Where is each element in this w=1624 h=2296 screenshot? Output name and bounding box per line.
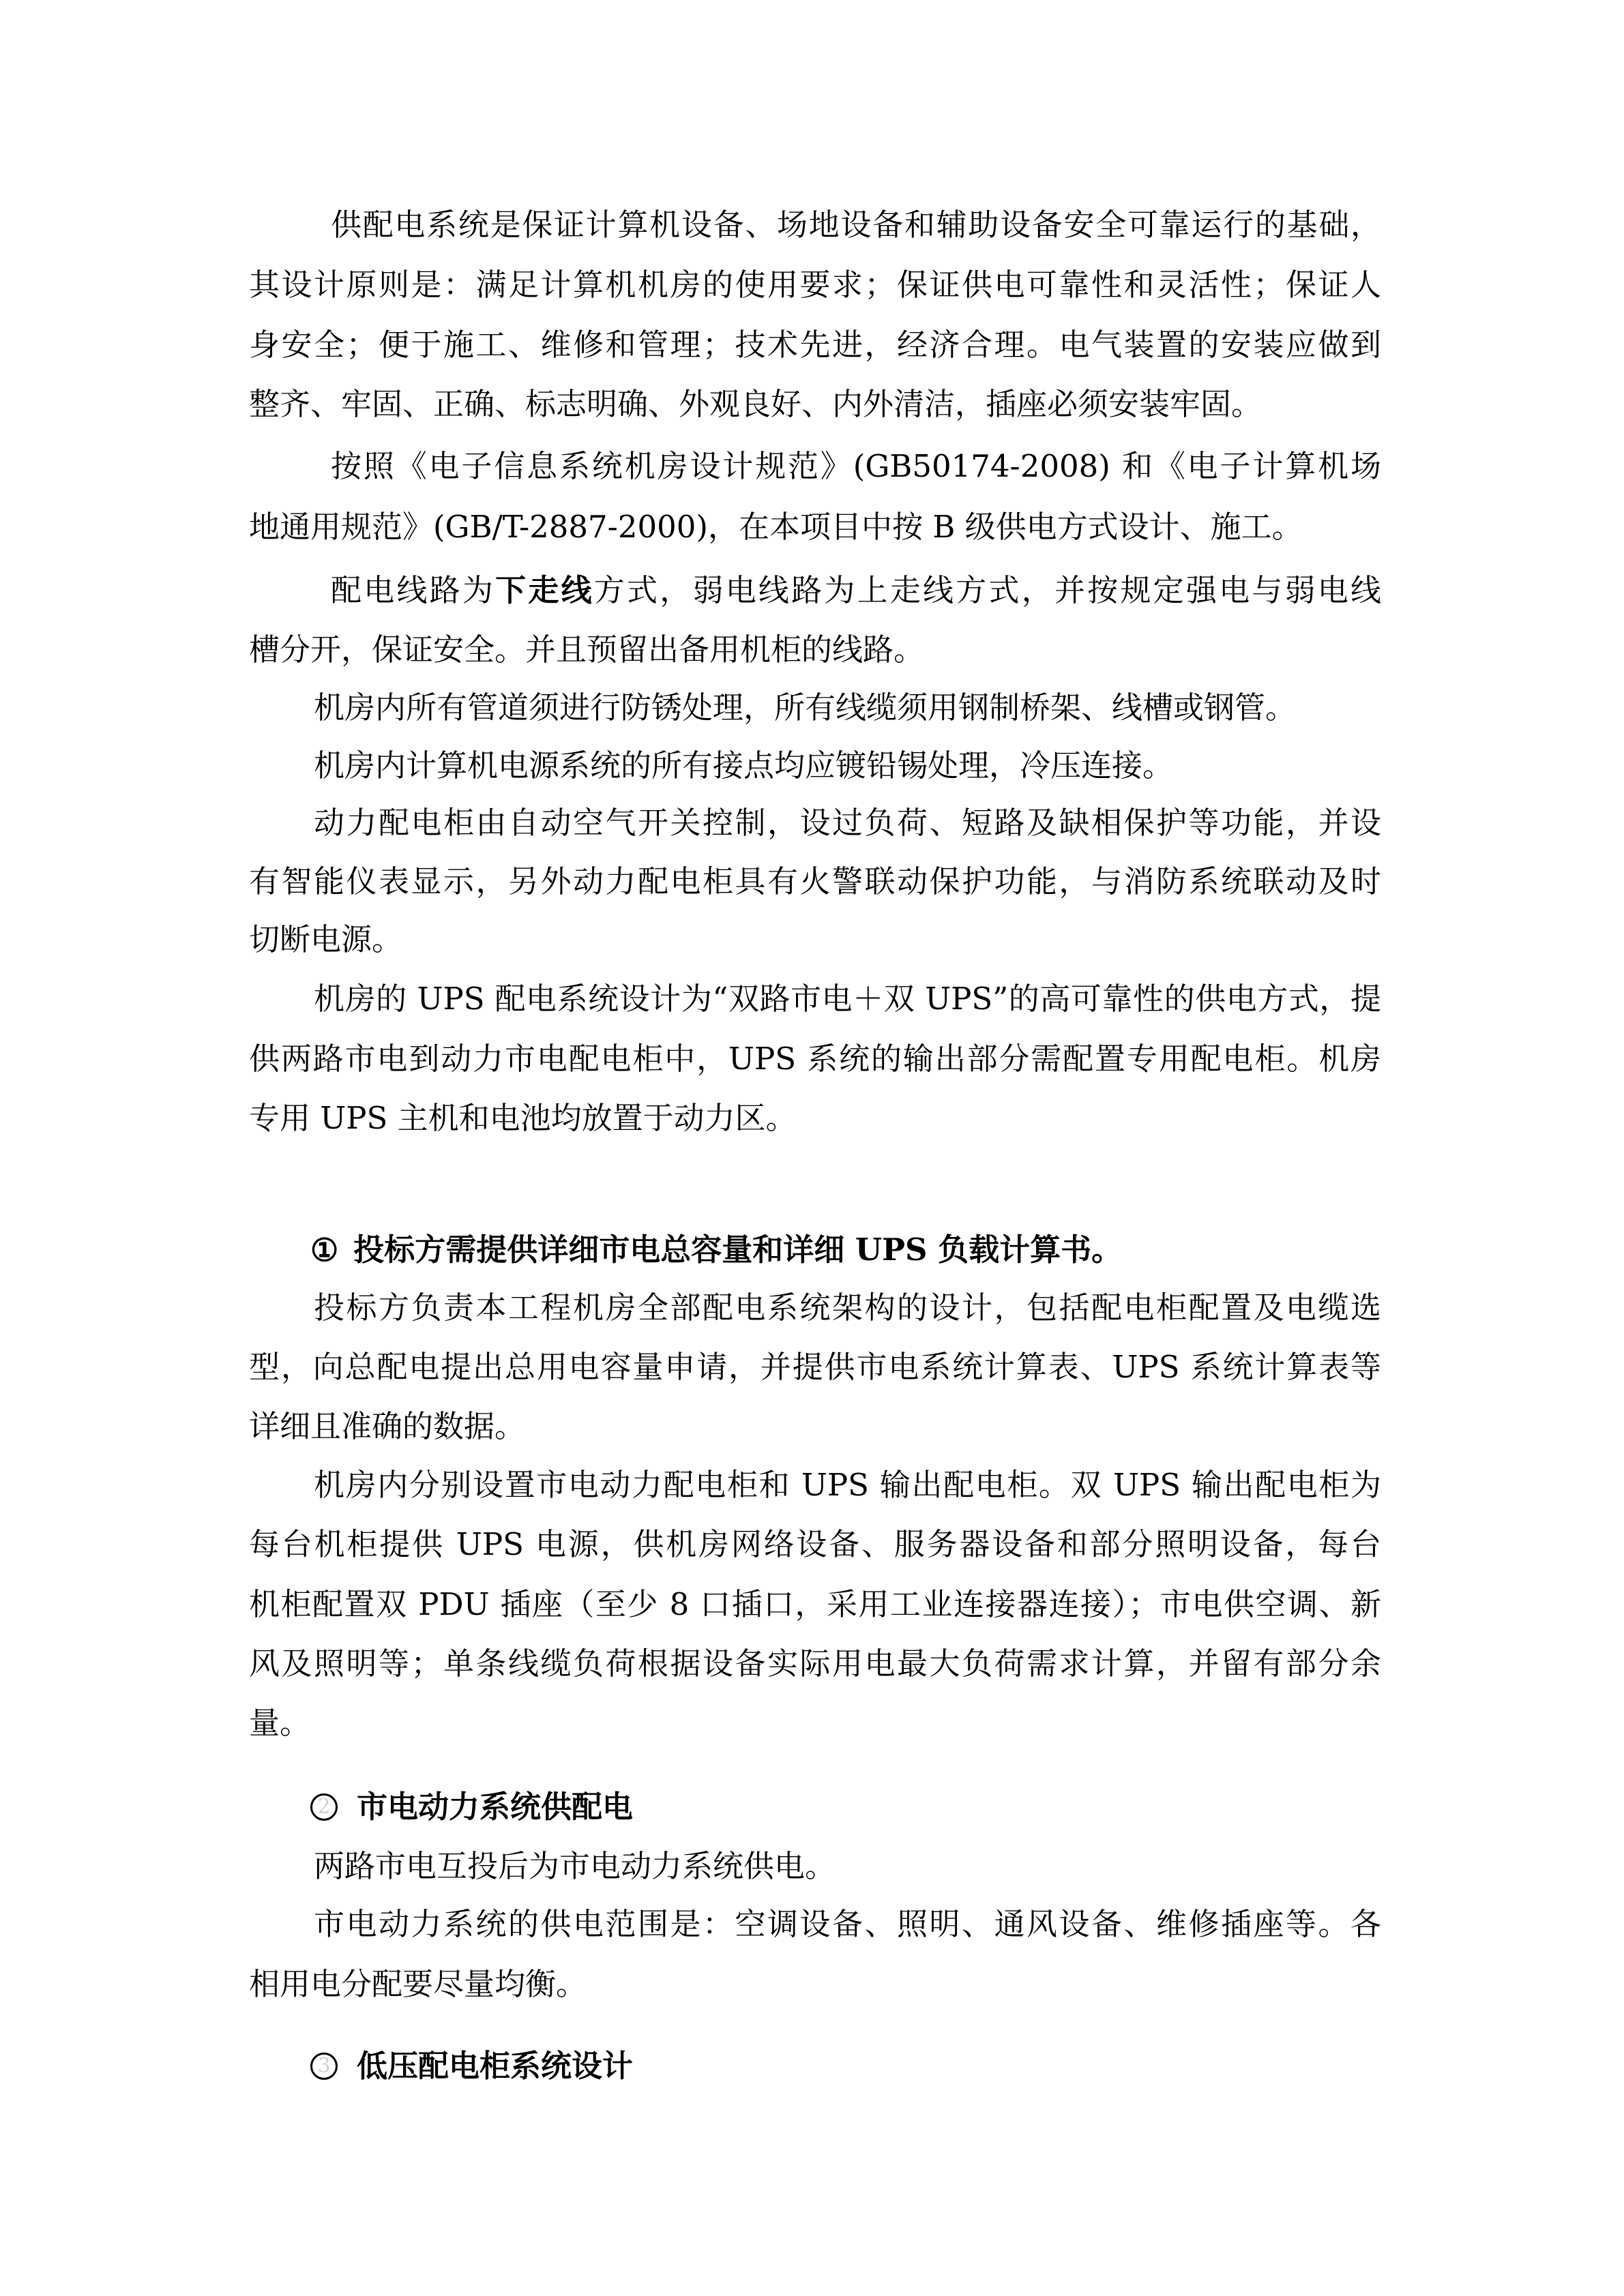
paragraph-9-line-2: 每台机柜提供 UPS 电源，供机房网络设备、服务器设备和部分照明设备，每台 bbox=[249, 1524, 1381, 1565]
document-page: 供配电系统是保证计算机设备、场地设备和辅助设备安全可靠运行的基础， 其设计原则是… bbox=[0, 0, 1624, 2296]
paragraph-3-text-post: 方式，弱电线路为上走线方式，并按规定强电与弱电线 bbox=[594, 572, 1381, 608]
paragraph-7-line-1: 机房的 UPS 配电系统设计为“双路市电＋双 UPS”的高可靠性的供电方式，提 bbox=[314, 979, 1381, 1019]
paragraph-6-line-1: 动力配电柜由自动空气开关控制，设过负荷、短路及缺相保护等功能，并设 bbox=[314, 803, 1381, 844]
paragraph-11-line-1: 市电动力系统的供电范围是：空调设备、照明、通风设备、维修插座等。各 bbox=[314, 1904, 1381, 1945]
section-heading-3: 3 低压配电柜系统设计 bbox=[310, 2046, 633, 2087]
paragraph-8-line-2: 型，向总配电提出总用电容量申请，并提供市电系统计算表、UPS 系统计算表等 bbox=[249, 1347, 1381, 1388]
section-heading-1: ① 投标方需提供详细市电总容量和详细 UPS 负载计算书。 bbox=[310, 1229, 1122, 1270]
paragraph-1-line-3: 身安全；便于施工、维修和管理；技术先进，经济合理。电气装置的安装应做到 bbox=[249, 325, 1381, 366]
circled-number-2-icon: 2 bbox=[310, 1793, 338, 1821]
paragraph-1-line-2: 其设计原则是：满足计算机机房的使用要求；保证供电可靠性和灵活性；保证人 bbox=[249, 265, 1381, 305]
paragraph-10-line-1: 两路市电互投后为市电动力系统供电。 bbox=[314, 1846, 1381, 1887]
paragraph-9-line-4: 风及照明等；单条线缆负荷根据设备实际用电最大负荷需求计算，并留有部分余 bbox=[249, 1643, 1381, 1684]
paragraph-9-line-5: 量。 bbox=[249, 1703, 1381, 1744]
paragraph-1-line-1: 供配电系统是保证计算机设备、场地设备和辅助设备安全可靠运行的基础， bbox=[331, 205, 1381, 245]
circled-number-3-icon: 3 bbox=[310, 2053, 338, 2080]
section-heading-3-text: 低压配电柜系统设计 bbox=[357, 2046, 633, 2087]
paragraph-3-text-pre: 配电线路为 bbox=[331, 572, 495, 608]
paragraph-6-line-3: 切断电源。 bbox=[249, 919, 1381, 960]
paragraph-9-line-1: 机房内分别设置市电动力配电柜和 UPS 输出配电柜。双 UPS 输出配电柜为 bbox=[314, 1465, 1381, 1506]
section-heading-1-text: 投标方需提供详细市电总容量和详细 UPS 负载计算书。 bbox=[353, 1229, 1122, 1270]
section-heading-2-text: 市电动力系统供配电 bbox=[357, 1787, 633, 1828]
paragraph-3-bold-keyword: 下走线 bbox=[495, 572, 594, 608]
paragraph-8-line-3: 详细且准确的数据。 bbox=[249, 1406, 1381, 1447]
paragraph-6-line-2: 有智能仪表显示，另外动力配电柜具有火警联动保护功能，与消防系统联动及时 bbox=[249, 861, 1381, 902]
paragraph-1-line-4: 整齐、牢固、正确、标志明确、外观良好、内外清洁，插座必须安装牢固。 bbox=[249, 384, 1381, 425]
paragraph-2-line-1: 按照《电子信息系统机房设计规范》(GB50174-2008) 和《电子计算机场 bbox=[331, 446, 1381, 487]
paragraph-3-line-1: 配电线路为下走线方式，弱电线路为上走线方式，并按规定强电与弱电线 bbox=[331, 570, 1381, 611]
paragraph-5-line-1: 机房内计算机电源系统的所有接点均应镀铅锡处理，冷压连接。 bbox=[314, 745, 1381, 786]
paragraph-7-line-2: 供两路市电到动力市电配电柜中，UPS 系统的输出部分需配置专用配电柜。机房 bbox=[249, 1039, 1381, 1079]
paragraph-2-line-2: 地通用规范》(GB/T-2887-2000)，在本项目中按 B 级供电方式设计、… bbox=[249, 507, 1381, 548]
section-heading-2: 2 市电动力系统供配电 bbox=[310, 1787, 633, 1828]
paragraph-4-line-1: 机房内所有管道须进行防锈处理，所有线缆须用钢制桥架、线槽或钢管。 bbox=[314, 687, 1381, 728]
paragraph-8-line-1: 投标方负责本工程机房全部配电系统架构的设计，包括配电柜配置及电缆选 bbox=[314, 1287, 1381, 1328]
circled-number-1-icon: ① bbox=[310, 1236, 338, 1264]
paragraph-11-line-2: 相用电分配要尽量均衡。 bbox=[249, 1964, 1381, 2005]
paragraph-3-line-2: 槽分开，保证安全。并且预留出备用机柜的线路。 bbox=[249, 629, 1381, 670]
paragraph-7-line-3: 专用 UPS 主机和电池均放置于动力区。 bbox=[249, 1098, 1381, 1139]
paragraph-9-line-3: 机柜配置双 PDU 插座（至少 8 口插口，采用工业连接器连接）；市电供空调、新 bbox=[249, 1584, 1381, 1625]
